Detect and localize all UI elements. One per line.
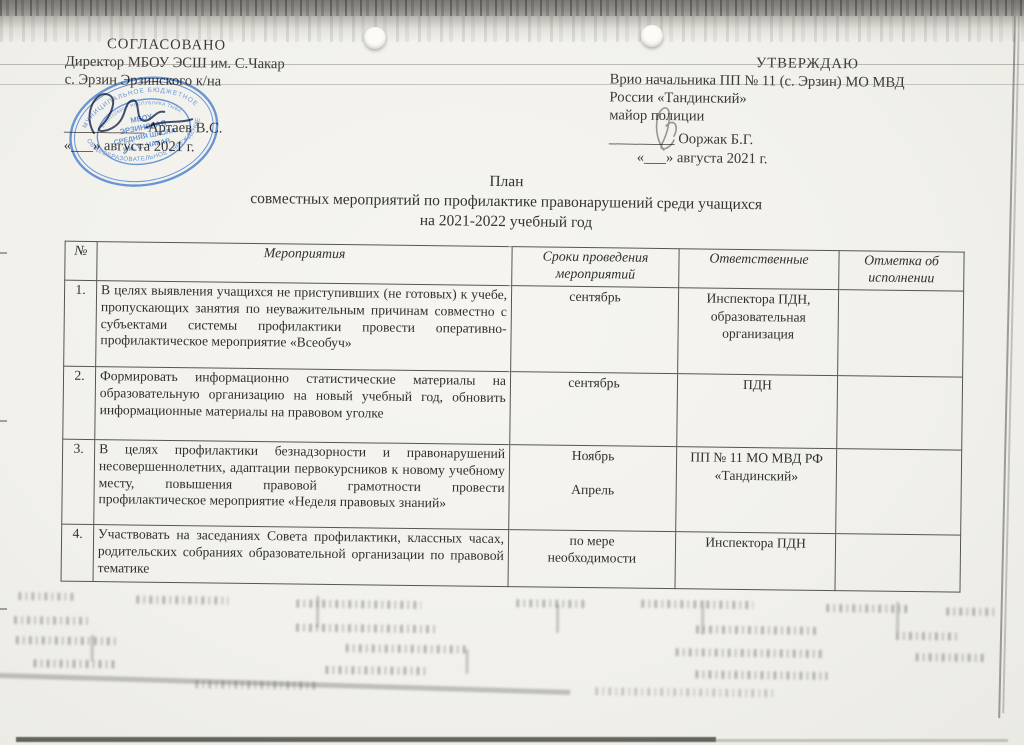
table-row: 4. Участвовать на заседаниях Совета проф… [61, 524, 961, 592]
row-number-cell: 2. [63, 366, 96, 439]
document-content: СОГЛАСОВАНО Директор МБОУ ЭСШ им. С.Чака… [0, 0, 1024, 745]
table-row: 3. В целях профилактики безнадзорности и… [62, 439, 962, 535]
row-number-cell: 4. [61, 524, 94, 581]
director-signature [80, 87, 266, 144]
row-number-cell: 3. [62, 439, 95, 524]
period-text: Ноябрь Апрель [514, 446, 673, 499]
responsible-cell: Инспектора ПДН, образовательная организа… [678, 288, 839, 376]
col-header-responsible: Ответственные [679, 249, 839, 290]
plan-table: № Мероприятия Сроки проведения мероприят… [61, 241, 965, 593]
scanner-bottom-band-light [716, 739, 1008, 742]
row-number-cell: 1. [64, 280, 97, 366]
fold-shadow [0, 673, 570, 695]
period-text: сентябрь [515, 373, 673, 392]
col-header-mark: Отметка об исполнении [839, 251, 964, 292]
responsible-cell: ПП № 11 МО МВД РФ «Тандинский» [676, 447, 837, 534]
activity-cell: В целях выявления учащихся не приступивш… [96, 281, 512, 372]
edge-mark [0, 420, 7, 422]
edge-mark [0, 608, 7, 610]
mark-cell [838, 290, 964, 378]
scan-line [0, 64, 1024, 65]
col-header-activity: Мероприятия [97, 242, 512, 286]
col-header-number: № [65, 241, 97, 280]
mark-cell [837, 376, 963, 451]
scanned-document-page: СОГЛАСОВАНО Директор МБОУ ЭСШ им. С.Чака… [0, 0, 1024, 745]
col-header-period: Сроки проведения мероприятий [512, 247, 679, 288]
period-cell: по мере необходимости [508, 530, 676, 589]
table-row: 2. Формировать информационно статистичес… [63, 366, 963, 450]
punch-hole [364, 27, 386, 49]
punch-hole [641, 25, 663, 47]
period-text: сентябрь [516, 287, 674, 306]
activity-cell: В целях профилактики безнадзорности и пр… [94, 440, 510, 530]
responsible-cell: Инспектора ПДН [675, 532, 836, 591]
chief-signature [636, 100, 697, 156]
period-cell: сентябрь [511, 286, 679, 374]
mark-cell [835, 534, 961, 593]
activity-cell: Формировать информационно статистические… [95, 367, 511, 445]
responsible-cell: ПДН [677, 374, 838, 449]
period-text: по мере необходимости [513, 531, 671, 567]
scan-line [0, 84, 1024, 85]
table-row: 1. В целях выявления учащихся не приступ… [64, 280, 964, 377]
period-cell: Ноябрь Апрель [509, 445, 677, 532]
document-title: План совместных мероприятий по профилакт… [1, 166, 1012, 238]
period-cell: сентябрь [510, 372, 678, 447]
scanner-bottom-band [16, 737, 716, 742]
activity-cell: Участвовать на заседаниях Совета профила… [93, 525, 509, 587]
edge-mark [0, 252, 7, 254]
scanner-top-band [0, 0, 1024, 16]
scanner-top-band-fade [0, 16, 1024, 42]
mark-cell [836, 449, 962, 536]
